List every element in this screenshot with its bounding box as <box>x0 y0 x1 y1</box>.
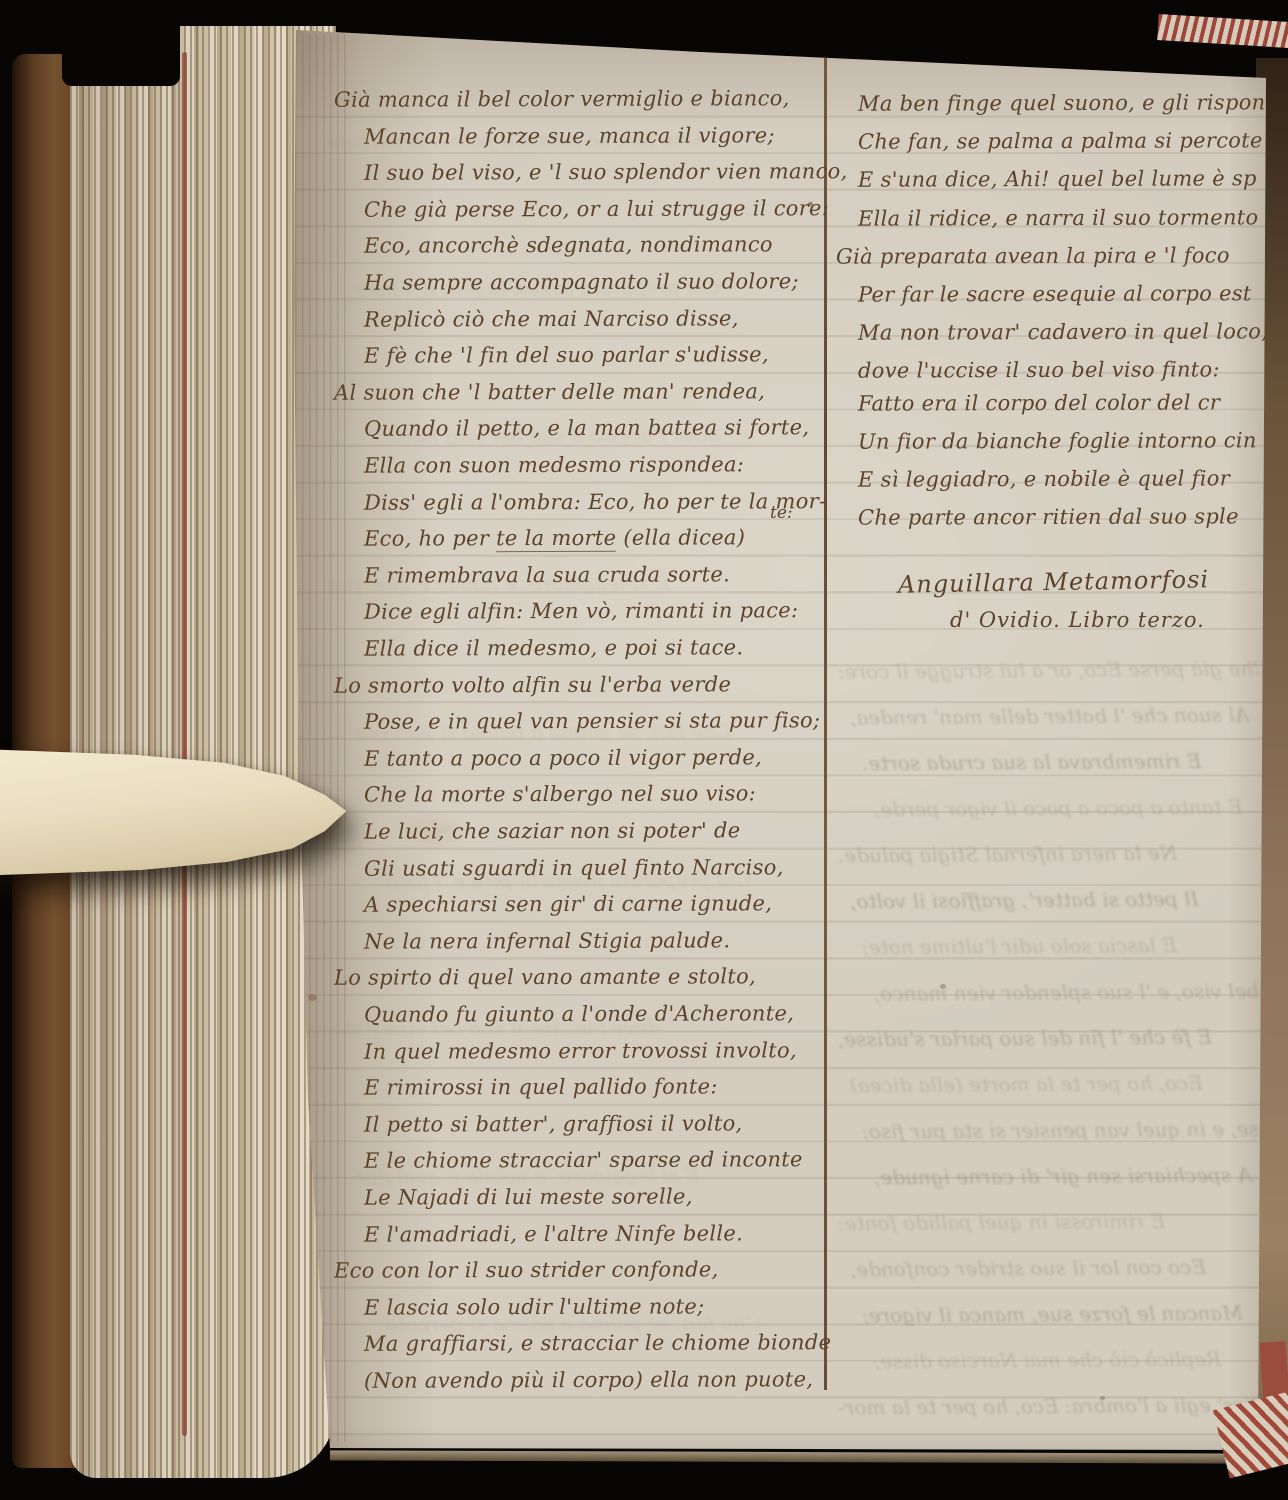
bleedthrough-line: Il suo bel viso, e 'l suo splendor vien … <box>874 980 1274 1003</box>
bleedthrough-line: E rimembrava la sua cruda sorte. <box>862 751 1202 773</box>
poem-line: Già manca il bel color vermiglio e bianc… <box>334 87 790 112</box>
poem-line: Quando il petto, e la man battea si fort… <box>364 416 809 441</box>
poem-line: Fatto era il corpo del color del cr <box>858 391 1220 415</box>
poem-line: A spechiarsi sen gir' di carne ignude, <box>364 892 772 917</box>
page-edge-stack-gap <box>62 20 180 86</box>
poem-line: E rimembrava la sua cruda sorte. <box>364 563 730 587</box>
bleedthrough-line: Ne la nera infernal Stigia palude. <box>838 843 1177 865</box>
poem-line: Gli usati sguardi in quel finto Narciso, <box>364 856 784 881</box>
bleedthrough-line: Pose, e in quel van pensier si sta pur f… <box>862 1119 1274 1142</box>
poem-line: Ella il ridice, e narra il suo tormento <box>858 206 1259 230</box>
poem-line: Ma graffiarsi, e stracciar le chiome bio… <box>364 1331 831 1356</box>
bleedthrough-line: Eco con lor il suo strider confonde, <box>850 1257 1206 1279</box>
poem-line: Quando fu giunto a l'onde d'Acheronte, <box>364 1002 794 1027</box>
poem-line: E s'una dice, Ahi! quel bel lume è sp <box>858 167 1257 191</box>
bleedthrough-right: Che già perse Eco, or a lui strugge il c… <box>834 660 1274 1450</box>
poem-line: Diss' egli a l'ombra: Eco, ho per te la … <box>364 490 826 515</box>
bone-folder-blade <box>0 744 350 878</box>
poem-line: Ella dice il medesmo, e poi si tace. <box>364 636 743 660</box>
bleedthrough-line: Eco, ho per te la morte (ella dicea) <box>850 1073 1203 1095</box>
poem-line: Al suon che 'l batter delle man' rendea, <box>334 380 765 405</box>
poem-line: E rimirossi in quel pallido fonte: <box>364 1075 718 1099</box>
poem-line: E sì leggiadro, e nobile è quel fior <box>858 467 1230 491</box>
poem-line: In quel medesmo error trovossi involto, <box>364 1039 797 1064</box>
poem-line: Per far le sacre esequie al corpo est <box>858 282 1252 306</box>
poem-line: Dice egli alfin: Men vò, rimanti in pace… <box>364 599 798 624</box>
manuscript-photo: Che fan, se palma a palma si percoteGià … <box>0 0 1288 1500</box>
poem-line: Eco, ancorchè sdegnata, nondimanco <box>364 233 773 258</box>
poem-line: Eco con lor il suo strider confonde, <box>334 1258 719 1282</box>
poem-line: Mancan le forze sue, manca il vigore; <box>364 124 775 149</box>
poem-column-left: Già manca il bel color vermiglio e bianc… <box>334 88 834 1408</box>
poem-line: E fè che 'l fin del suo parlar s'udisse, <box>364 343 769 368</box>
poem-line: Le Najadi di lui meste sorelle, <box>364 1185 693 1209</box>
poem-line: E tanto a poco a poco il vigor perde, <box>364 746 762 770</box>
poem-line: Ha sempre accompagnato il suo dolore; <box>364 270 799 295</box>
poem-line: E le chiome stracciar' sparse ed inconte <box>364 1148 803 1173</box>
poem-line: Ma ben finge quel suono, e gli risponde <box>858 91 1288 116</box>
bleedthrough-line: Il petto si batter', graffiosi il volto, <box>850 889 1199 911</box>
poem-line: Il petto si batter', graffiosi il volto, <box>364 1112 743 1136</box>
underlined-words: te la morte <box>496 526 616 552</box>
poem-line: Che la morte s'albergo nel suo viso: <box>364 782 756 806</box>
poem-line: Replicò ciò che mai Narciso disse, <box>364 307 739 331</box>
bleedthrough-line: Diss' egli a l'ombra: Eco, ho per te la … <box>838 1395 1266 1418</box>
poem-line: E l'amadriadi, e l'altre Ninfe belle. <box>364 1222 743 1246</box>
striped-head-edge <box>1157 14 1288 48</box>
poem-line: Ella con suon medesmo rispondea: <box>364 453 744 477</box>
bleedthrough-line: Che già perse Eco, or a lui strugge il c… <box>838 660 1269 682</box>
poem-line: Pose, e in quel van pensier si sta pur f… <box>364 709 820 734</box>
attribution-work: d' Ovidio. Libro terzo. <box>950 610 1205 631</box>
bleedthrough-line: E rimirossi in quel pallido fonte: <box>838 1211 1165 1233</box>
poem-line: Ne la nera infernal Stigia palude. <box>364 929 730 953</box>
poem-line: Lo smorto volto alfin su l'erba verde <box>334 673 731 697</box>
bone-folder <box>0 744 350 878</box>
poem-line: E lascia solo udir l'ultime note; <box>364 1295 705 1319</box>
under-leaf-edge <box>330 1450 1266 1463</box>
poem-line: Che fan, se palma a palma si percote <box>858 129 1263 154</box>
poem-line: Le luci, che saziar non si poter' de <box>364 819 741 843</box>
bleedthrough-line: Replicò ciò che mai Narciso disse, <box>874 1349 1221 1371</box>
bleedthrough-line: Al suon che 'l batter delle man' rendea, <box>850 705 1249 728</box>
poem-line: Un fior da bianche foglie intorno cin <box>858 429 1257 453</box>
poem-line: Ma non trovar' cadavero in quel loco, <box>858 320 1268 345</box>
poem-column-right: Ma ben finge quel suono, e gli rispondeC… <box>834 92 1288 552</box>
bleedthrough-line: E lascia solo udir l'ultime note; <box>862 935 1177 957</box>
poem-line: Il suo bel viso, e 'l suo splendor vien … <box>364 160 848 185</box>
poem-line: Lo spirto di quel vano amante e stolto, <box>334 965 756 990</box>
bleedthrough-line: E fè che 'l fin del suo parlar s'udisse, <box>838 1027 1212 1050</box>
hyphenated-word-carryover: te: <box>770 505 793 522</box>
poem-line: dove l'uccise il suo bel viso finto: <box>858 358 1220 382</box>
bleedthrough-line: Mancan le forze sue, manca il vigore; <box>862 1303 1243 1326</box>
bleedthrough-line: A spechiarsi sen gir' di carne ignude, <box>874 1165 1252 1188</box>
poem-line: (Non avendo più il corpo) ella non puote… <box>364 1368 813 1393</box>
poem-line: Già preparata avean la pira e 'l foco <box>836 244 1230 268</box>
poem-line: Che parte ancor ritien dal suo sple <box>858 505 1239 529</box>
poem-line: Che già perse Eco, or a lui strugge il c… <box>364 197 829 222</box>
attribution-author: Anguillara Metamorfosi <box>898 567 1209 596</box>
bleedthrough-line: E tanto a poco a poco il vigor perde, <box>874 797 1243 820</box>
poem-line: Eco, ho per te la morte (ella dicea) <box>364 526 745 550</box>
